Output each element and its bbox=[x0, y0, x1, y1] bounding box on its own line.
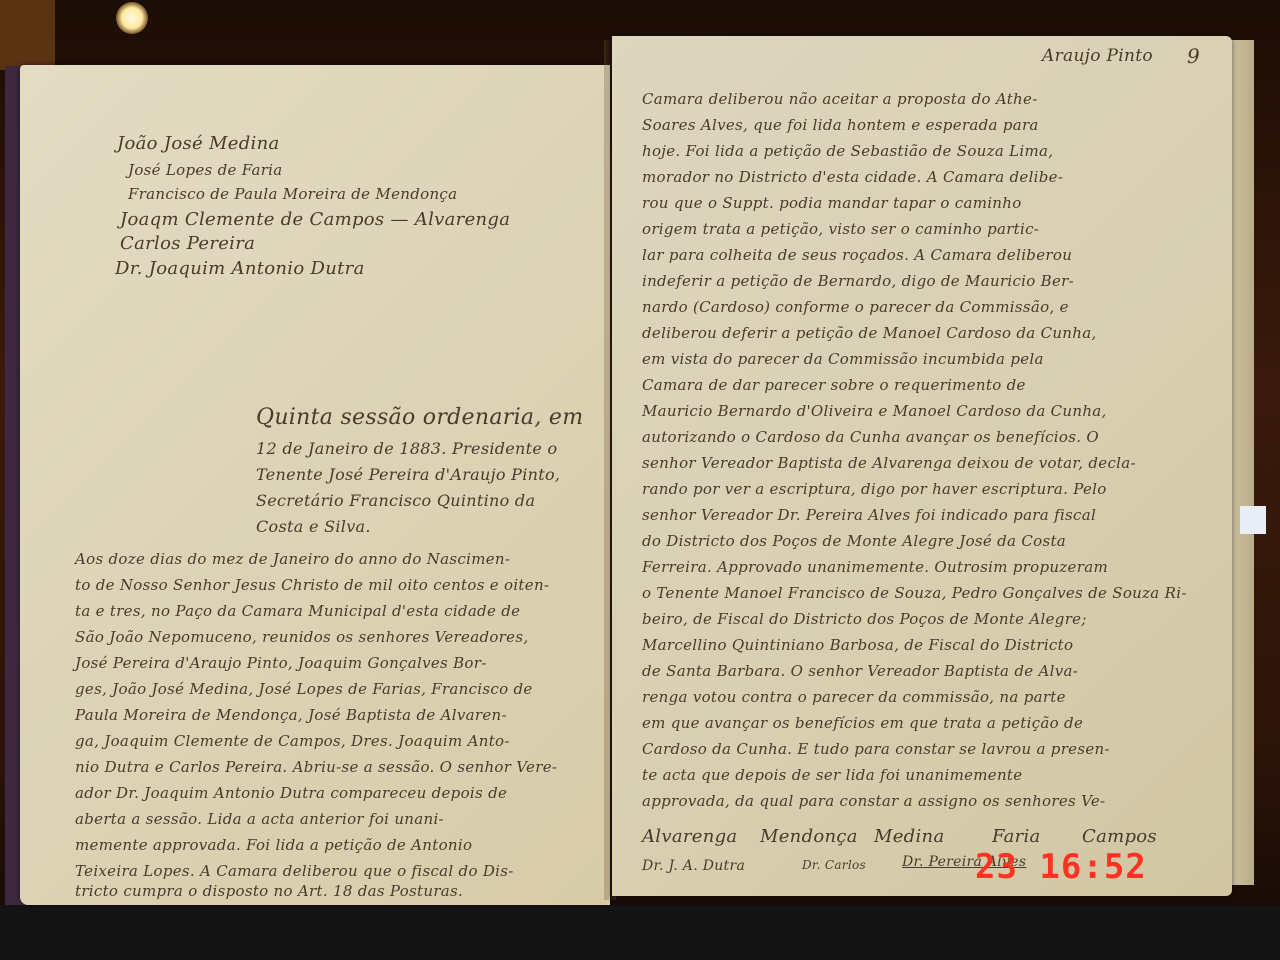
signature: Mendonça bbox=[760, 826, 858, 847]
text-line: Aos doze dias do mez de Janeiro do anno … bbox=[75, 550, 510, 568]
signature: Carlos Pereira bbox=[120, 233, 255, 254]
text-line: renga votou contra o parecer da commissã… bbox=[642, 688, 1066, 706]
heading-line: 12 de Janeiro de 1883. Presidente o bbox=[256, 439, 557, 458]
text-line: em que avançar os benefícios em que trat… bbox=[642, 714, 1083, 732]
text-line: José Pereira d'Araujo Pinto, Joaquim Gon… bbox=[75, 654, 487, 672]
text-line: Ferreira. Approvado unanimemente. Outros… bbox=[642, 558, 1108, 576]
text-line: to de Nosso Senhor Jesus Christo de mil … bbox=[75, 576, 549, 594]
signature: Alvarenga bbox=[642, 826, 737, 847]
text-line: ador Dr. Joaquim Antonio Dutra comparece… bbox=[75, 784, 507, 802]
text-line: São João Nepomuceno, reunidos os senhore… bbox=[75, 628, 528, 646]
text-line: ta e tres, no Paço da Camara Municipal d… bbox=[75, 602, 520, 620]
heading-line: Costa e Silva. bbox=[256, 517, 371, 536]
heading-line: Tenente José Pereira d'Araujo Pinto, bbox=[256, 465, 560, 484]
text-line: Mauricio Bernardo d'Oliveira e Manoel Ca… bbox=[642, 402, 1107, 420]
heading-line: Secretário Francisco Quintino da bbox=[256, 491, 535, 510]
text-line: beiro, de Fiscal do Districto dos Poços … bbox=[642, 610, 1087, 628]
text-line: memente approvada. Foi lida a petição de… bbox=[75, 836, 472, 854]
lamp-light bbox=[116, 2, 148, 34]
text-line: nio Dutra e Carlos Pereira. Abriu-se a s… bbox=[75, 758, 557, 776]
heading-line: Quinta sessão ordenaria, em bbox=[256, 405, 583, 430]
signature: Dr. Carlos bbox=[802, 858, 866, 872]
left-page: João José Medina José Lopes de Faria Fra… bbox=[20, 65, 610, 905]
signature: José Lopes de Faria bbox=[128, 161, 283, 179]
text-line: senhor Vereador Baptista de Alvarenga de… bbox=[642, 454, 1136, 472]
text-line: Teixeira Lopes. A Camara deliberou que o… bbox=[75, 862, 514, 880]
text-line: Marcellino Quintiniano Barbosa, de Fisca… bbox=[642, 636, 1073, 654]
right-page: Araujo Pinto 9 Camara deliberou não acei… bbox=[612, 36, 1232, 896]
text-line: indeferir a petição de Bernardo, digo de… bbox=[642, 272, 1074, 290]
text-line: Cardoso da Cunha. E tudo para constar se… bbox=[642, 740, 1110, 758]
text-line: Soares Alves, que foi lida hontem e espe… bbox=[642, 116, 1039, 134]
text-line: de Santa Barbara. O senhor Vereador Bapt… bbox=[642, 662, 1078, 680]
signature: Campos bbox=[1082, 826, 1157, 847]
table-surface bbox=[0, 905, 1280, 960]
text-line: te acta que depois de ser lida foi unani… bbox=[642, 766, 1022, 784]
text-line: do Districto dos Poços de Monte Alegre J… bbox=[642, 532, 1066, 550]
text-line: rando por ver a escriptura, digo por hav… bbox=[642, 480, 1107, 498]
page-annotation: Araujo Pinto bbox=[1042, 46, 1153, 66]
paper-bookmark-tab bbox=[1240, 506, 1266, 534]
page-number: 9 bbox=[1187, 44, 1200, 68]
text-line: origem trata a petição, visto ser o cami… bbox=[642, 220, 1039, 238]
signature: Joaqm Clemente de Campos — Alvarenga bbox=[120, 209, 510, 230]
text-line: Camara deliberou não aceitar a proposta … bbox=[642, 90, 1038, 108]
text-line: morador no Districto d'esta cidade. A Ca… bbox=[642, 168, 1063, 186]
text-line: Camara de dar parecer sobre o requerimen… bbox=[642, 376, 1026, 394]
text-line: tricto cumpra o disposto no Art. 18 das … bbox=[75, 882, 463, 900]
signature: Faria bbox=[992, 826, 1041, 847]
signature: Francisco de Paula Moreira de Mendonça bbox=[128, 185, 457, 203]
text-line: o Tenente Manoel Francisco de Souza, Ped… bbox=[642, 584, 1187, 602]
text-line: ga, Joaquim Clemente de Campos, Dres. Jo… bbox=[75, 732, 510, 750]
text-line: senhor Vereador Dr. Pereira Alves foi in… bbox=[642, 506, 1096, 524]
text-line: em vista do parecer da Commissão incumbi… bbox=[642, 350, 1044, 368]
text-line: aberta a sessão. Lida a acta anterior fo… bbox=[75, 810, 444, 828]
text-line: hoje. Foi lida a petição de Sebastião de… bbox=[642, 142, 1053, 160]
text-line: Paula Moreira de Mendonça, José Baptista… bbox=[75, 706, 507, 724]
text-line: nardo (Cardoso) conforme o parecer da Co… bbox=[642, 298, 1069, 316]
text-line: deliberou deferir a petição de Manoel Ca… bbox=[642, 324, 1097, 342]
text-line: lar para colheita de seus roçados. A Cam… bbox=[642, 246, 1072, 264]
text-line: autorizando o Cardoso da Cunha avançar o… bbox=[642, 428, 1099, 446]
signature: Medina bbox=[874, 826, 945, 847]
wooden-shelf bbox=[0, 0, 55, 70]
text-line: rou que o Suppt. podia mandar tapar o ca… bbox=[642, 194, 1022, 212]
text-line: approvada, da qual para constar a assign… bbox=[642, 792, 1105, 810]
signature: Dr. J. A. Dutra bbox=[642, 858, 745, 874]
signature: João José Medina bbox=[117, 133, 280, 154]
signature: Dr. Joaquim Antonio Dutra bbox=[115, 258, 365, 279]
camera-timestamp: 23 16:52 bbox=[975, 847, 1147, 887]
text-line: ges, João José Medina, José Lopes de Far… bbox=[75, 680, 533, 698]
